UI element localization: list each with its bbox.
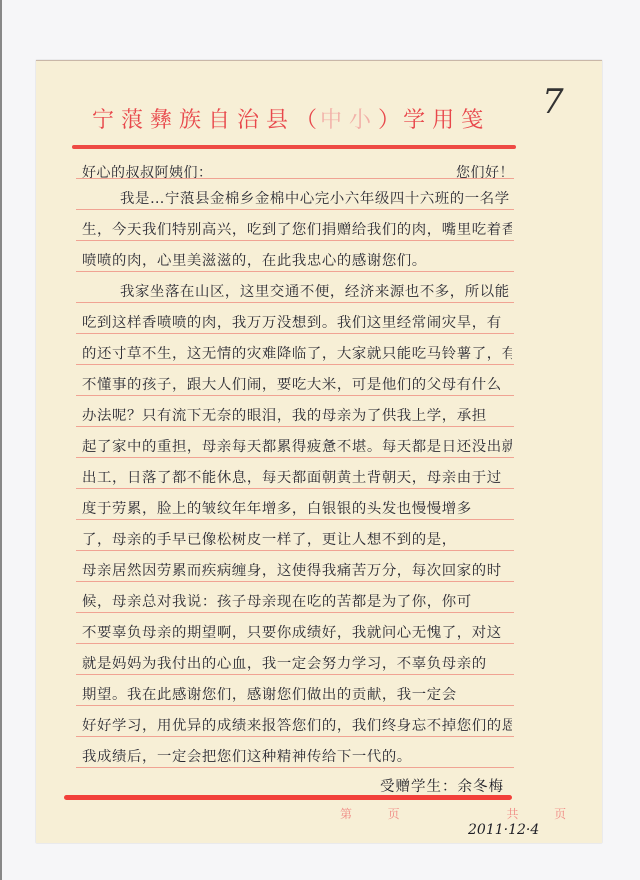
signature: 受赠学生：余冬梅 [380,775,504,796]
letterhead-county: 宁蒗彝族自治县 [92,108,295,133]
letter-line: 不懂事的孩子，跟大人们闹，要吃大米，可是他们的父母有什么 [82,376,512,394]
ruled-line [76,612,514,613]
letter-line: 度于劳累，脸上的皱纹年年增多，白银银的头发也慢慢增多 [82,500,512,518]
letter-line: 不要辜负母亲的期望啊，只要你成绩好，我就问心无愧了，对这 [82,624,512,642]
ruled-line [76,457,514,458]
letter-line: 的还寸草不生，这无情的灾难降临了，大家就只能吃马铃薯了，有些 [82,345,512,363]
ruled-line [76,736,514,737]
ruled-line [76,426,514,427]
letter-line: 起了家中的重担，母亲每天都累得疲惫不堪。每天都是日还没出就 [82,438,512,456]
ruled-line [76,674,514,675]
ruled-line [76,240,514,241]
ruled-line [76,767,514,768]
ruled-line [76,395,514,396]
footer-divider [64,795,512,800]
letter-line: 喷喷的肉，心里美滋滋的，在此我忠心的感谢您们。 [82,252,512,270]
letter-paper: 宁蒗彝族自治县（中小）学用笺 7 好心的叔叔阿姨们： 您们好！ 我是…宁蒗县金棉… [36,60,602,843]
scan-edge [0,0,2,880]
letter-line: 我是…宁蒗县金棉乡金棉中心完小六年级四十六班的一名学 [120,190,512,208]
letter-line: 办法呢？只有流下无奈的眼泪，我的母亲为了供我上学，承担 [82,407,512,425]
total-pages-label: 共 页 [507,807,567,821]
letter-line: 好好学习，用优异的成绩来报答您们的，我们终身忘不掉您们的恩情， [82,717,512,735]
letter-line: 了，母亲的手早已像松树皮一样了，更让人想不到的是， [82,531,512,549]
letter-line: 期望。我在此感谢您们，感谢您们做出的贡献，我一定会 [82,686,512,704]
letter-line: 就是妈妈为我付出的心血，我一定会努力学习，不辜负母亲的 [82,655,512,673]
salutation: 好心的叔叔阿姨们： [82,162,213,182]
letter-line: 出工，日落了都不能休息，每天都面朝黄土背朝天，母亲由于过 [82,469,512,487]
ruled-line [76,550,514,551]
ruled-line [76,271,514,272]
page-counter: 第 页 共 页 [340,805,566,822]
letter-line: 我家坐落在山区，这里交通不便，经济来源也不多，所以能 [120,283,512,301]
ruled-line [76,488,514,489]
ruled-line [76,364,514,365]
letter-line: 吃到这样香喷喷的肉，我万万没想到。我们这里经常闹灾旱，有 [82,314,512,332]
ruled-line [76,643,514,644]
ruled-line [76,209,514,210]
letterhead-divider [72,145,516,149]
letter-line: 母亲居然因劳累而疾病缠身，这使得我痛苦万分，每次回家的时 [82,562,512,580]
letterhead-close-paren: ） [378,108,403,133]
letterhead-title: 宁蒗彝族自治县（中小）学用笺 [92,103,512,134]
greeting: 您们好！ [456,162,514,182]
ruled-line [76,333,514,334]
page-label: 第 页 [340,807,400,821]
letterhead-suffix: 学用笺 [403,108,490,133]
handwritten-page-number: 7 [542,82,564,122]
letter-date: 2011·12·4 [468,822,539,838]
ruled-line [76,519,514,520]
letterhead-open-paren: （ [295,108,320,133]
letterhead-school-type: 中小 [320,108,378,133]
letter-line: 候，母亲总对我说：孩子母亲现在吃的苦都是为了你，你可 [82,593,512,611]
ruled-line [76,705,514,706]
letter-line: 生，今天我们特别高兴，吃到了您们捐赠给我们的肉，嘴里吃着香 [82,221,512,239]
letter-line: 我成绩后，一定会把您们这种精神传给下一代的。 [82,748,512,766]
ruled-line [76,581,514,582]
ruled-line [76,302,514,303]
ruled-line [76,178,514,179]
